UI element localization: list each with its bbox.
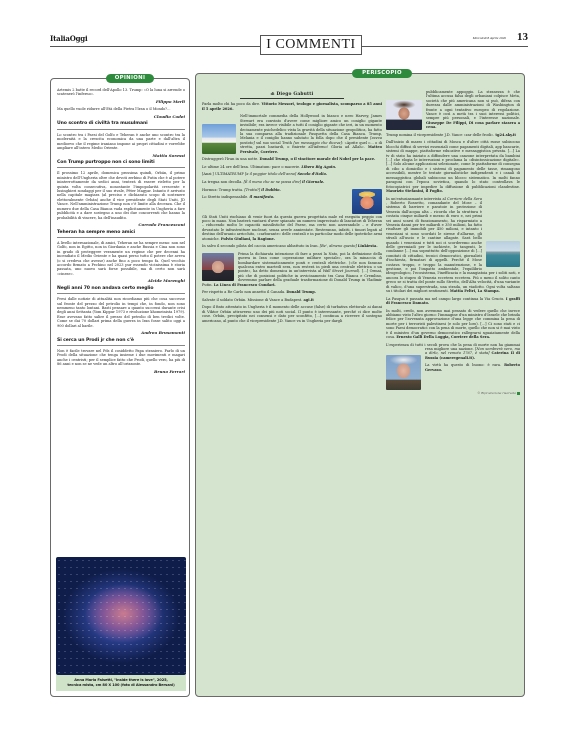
artwork-caption: Anna Maria Falsetti, "Inside there is lo… [56, 675, 186, 691]
letter-text: Lo scontro tra i Paesi del Golfo e Teher… [57, 133, 185, 151]
letter-text: Il prossimo 12 aprile, domenica prossima… [57, 171, 185, 219]
editor-note: [un messaggio che diceva] [293, 141, 341, 145]
quote-text: Dall'inizio di marzo i cittadini di Mosc… [386, 140, 520, 188]
opinioni-box: Artemis 2 batte il record dell'Apollo 13… [50, 78, 190, 697]
artwork-caption-line: tecnica mista, cm 80 X 100 (foto di Ales… [56, 683, 186, 688]
page-header: ItaliaOggi I COMMENTI Mercoledì 8 Aprile… [50, 30, 528, 60]
quote-text: Dopo il finto attentato in Ungheria è il… [202, 305, 382, 322]
quote-text: La tregua non decolla. [202, 180, 244, 184]
quote-text: Distruggerò l'Iran in una notte. [202, 157, 260, 161]
quote-source: tg24.sky.it [495, 133, 516, 137]
artwork-image [56, 557, 186, 675]
opinioni-label: OPINIONI [106, 74, 154, 83]
end-square-icon [517, 392, 520, 395]
letter-text: Non è facile trovare nel Pds il cosiddet… [57, 349, 185, 367]
letter-author: Andrea Brusamonti [57, 331, 185, 335]
periscopio-paragraph: Distruggerò l'Iran in una notte. Donald … [202, 157, 382, 161]
periscopio-paragraph: Dall'inizio di marzo i cittadini di Mosc… [386, 140, 520, 193]
letter-text: A livello internazionale, di amici, Tehe… [57, 241, 185, 276]
quote-text: Hormuz: Trump tratta. [202, 188, 244, 192]
letter-author: Bruno Ferrari [57, 370, 185, 374]
quote-text: pubblicamente appoggio. La stranezza è c… [426, 90, 520, 120]
copyright-mark: © Riproduzione riservata [386, 391, 520, 395]
quote-text: La Pasqua è passata ma nel campo largo c… [386, 297, 506, 301]
copyright-text: © Riproduzione riservata [477, 391, 516, 395]
quote-text: Lo Stretto indispensabile. [202, 195, 250, 199]
quote-text: Per rispetto a Re Carlo non annetto il C… [202, 290, 286, 294]
letter-heading: Si cerca un Prodi jr che non c'è [57, 339, 185, 346]
periscopio-paragraph: Le ultime 24 ore dell'Iran. Ultimatum: p… [202, 165, 382, 169]
trump-photo [352, 189, 382, 214]
quote-source: Mattia Feltri, La Stampa. [450, 289, 500, 293]
editor-note: [Tratta?] [244, 188, 260, 192]
quote-source: Giuseppe De Filippi, Di cosa parlare sta… [426, 121, 520, 129]
periscopio-paragraph: Nell'immortale commedia della Hollywood … [202, 114, 382, 154]
quote-text: In un'entusiasmante intervista al [386, 197, 447, 201]
periscopio-paragraph: Dopo il finto attentato in Ungheria è il… [202, 305, 382, 323]
periscopio-paragraph: L'esperienza di tutti i secoli prova che… [386, 343, 520, 361]
quote-source: La Linea di Francesco Cundari. [214, 283, 276, 287]
quote-source: Fulvio Giuliani, la Ragione. [221, 237, 275, 241]
letter-heading: Negli anni 70 non andava certo meglio [57, 287, 185, 294]
page-number: 13 [517, 31, 528, 43]
quote-source: Linkiesta. [358, 244, 378, 248]
letter-author: Alcide Marenghi [57, 279, 185, 283]
periscopio-box: di Diego Gabutti Parla molto chi ha poco… [195, 73, 525, 697]
mose-venice-photo [486, 241, 520, 267]
editor-note: [Be', almeno questo] [320, 244, 357, 248]
letter-heading: Uno scontro di civiltà tra musulmani [57, 122, 185, 129]
editor-note: Wall Street Journal [323, 269, 358, 273]
periscopio-paragraph: [Anzi:] ULTIMATRUMP [a il peggior titolo… [202, 172, 382, 176]
quote-text: In salvo il secondo pilota del caccia am… [202, 244, 320, 248]
periscopio-paragraph: Gli Stati Uniti rischiano di venir fuori… [202, 215, 382, 241]
quote-text: [Anzi:] ULTIMATRUMP [202, 172, 245, 176]
byline: di Diego Gabutti [240, 92, 344, 99]
quote-text: Parla molto chi ha poco da dire. [202, 102, 261, 106]
periscopio-paragraph: In salvo il secondo pilota del caccia am… [202, 244, 382, 248]
vance-photo [386, 100, 422, 130]
white-house-photo [202, 124, 236, 154]
periscopio-label: PERISCOPIO [352, 69, 412, 78]
letter-author: Filippo Merli [57, 100, 185, 104]
periscopio-paragraph: Trump nomina il vicepresidente J.D. Vanc… [386, 133, 520, 137]
section-title: I COMMENTI [260, 35, 362, 55]
editor-note: [a il peggior titolo dell'anno] [245, 172, 296, 176]
quote-source: il manifesto. [250, 195, 275, 199]
gervaso-photo [386, 355, 421, 390]
newspaper-logo[interactable]: ItaliaOggi [50, 34, 87, 43]
issue-date: Mercoledì 8 Aprile 2026 [473, 36, 506, 40]
quote-text: sul suo social Truth [255, 141, 294, 145]
quote-source: il Dubbio. [261, 188, 280, 192]
periscopio-paragraph: La Pasqua è passata ma nel campo largo c… [386, 297, 520, 306]
quote-source: agi.it [304, 298, 314, 302]
byline-prefix: di [271, 92, 275, 96]
letter-author: Corrado Francesconi [57, 223, 185, 227]
periscopio-column-1: di Diego Gabutti Parla molto chi ha poco… [202, 92, 382, 326]
putin-photo [202, 253, 234, 281]
letter-author: Mattia Soressi [57, 154, 185, 158]
opinioni-column: Artemis 2 batte il record dell'Apollo 13… [57, 88, 185, 377]
periscopio-paragraph: La tregua non decolla. [È il meno che se… [202, 180, 382, 184]
quote-source: Donald Trump, o il vincitore morale del … [260, 157, 376, 161]
letter-heading: Con Trump purtroppo non ci sono limiti [57, 161, 185, 168]
periscopio-paragraph: pubblicamente appoggio. La stranezza è c… [386, 90, 520, 130]
quote-source: Secolo d'Italia. [297, 172, 327, 176]
periscopio-paragraph: Prima la dichiarata intenzione di fare a… [202, 252, 382, 287]
quote-text: Trump nomina il vicepresidente J.D. Vanc… [386, 133, 495, 137]
letter-text: Artemis 2 batte il record dell'Apollo 13… [57, 88, 185, 97]
quote-source: Maurizio Stefanini, il Foglio. [386, 189, 443, 193]
quote-text: Salvate il soldato Orbán. Missione di Va… [202, 298, 304, 302]
letter-text: Ma quello vuole ridurre all'Età della Pi… [57, 107, 185, 111]
quote-text: La virtù ha questo di buono: è rara. [425, 363, 504, 367]
editor-note: [È il meno che se ne possa dire] [244, 180, 301, 184]
periscopio-column-2: pubblicamente appoggio. La stranezza è c… [386, 90, 520, 395]
periscopio-paragraph: Parla molto chi ha poco da dire. Vittori… [202, 102, 382, 111]
letter-text: Presi dalle notizie di attualità non ric… [57, 297, 185, 328]
periscopio-paragraph: In molti, credo, non avremmo mai pensato… [386, 309, 520, 340]
periscopio-paragraph: Per rispetto a Re Carlo non annetto il C… [202, 290, 382, 294]
quote-text: Le ultime 24 ore dell'Iran. Ultimatum: p… [202, 165, 301, 169]
quote-source: Donald Trump. [286, 290, 316, 294]
publication-name: Corriere della Sera [447, 197, 482, 201]
letter-author: Claudio Cadei [57, 115, 185, 119]
byline-author: Diego Gabutti [276, 92, 313, 97]
quote-source: il Giornale. [302, 180, 324, 184]
quote-text: Nell'immortale commedia della Hollywood … [240, 114, 382, 140]
quote-source: Libero Big Again. [301, 165, 336, 169]
periscopio-paragraph: Salvate il soldato Orbán. Missione di Va… [202, 298, 382, 302]
quote-source: Ernesto Galli Della Loggia, Corriere del… [396, 335, 490, 339]
letter-heading: Teheran ha sempre meno amici [57, 231, 185, 238]
periscopio-paragraph: In un'entusiasmante intervista al Corrie… [386, 197, 520, 294]
